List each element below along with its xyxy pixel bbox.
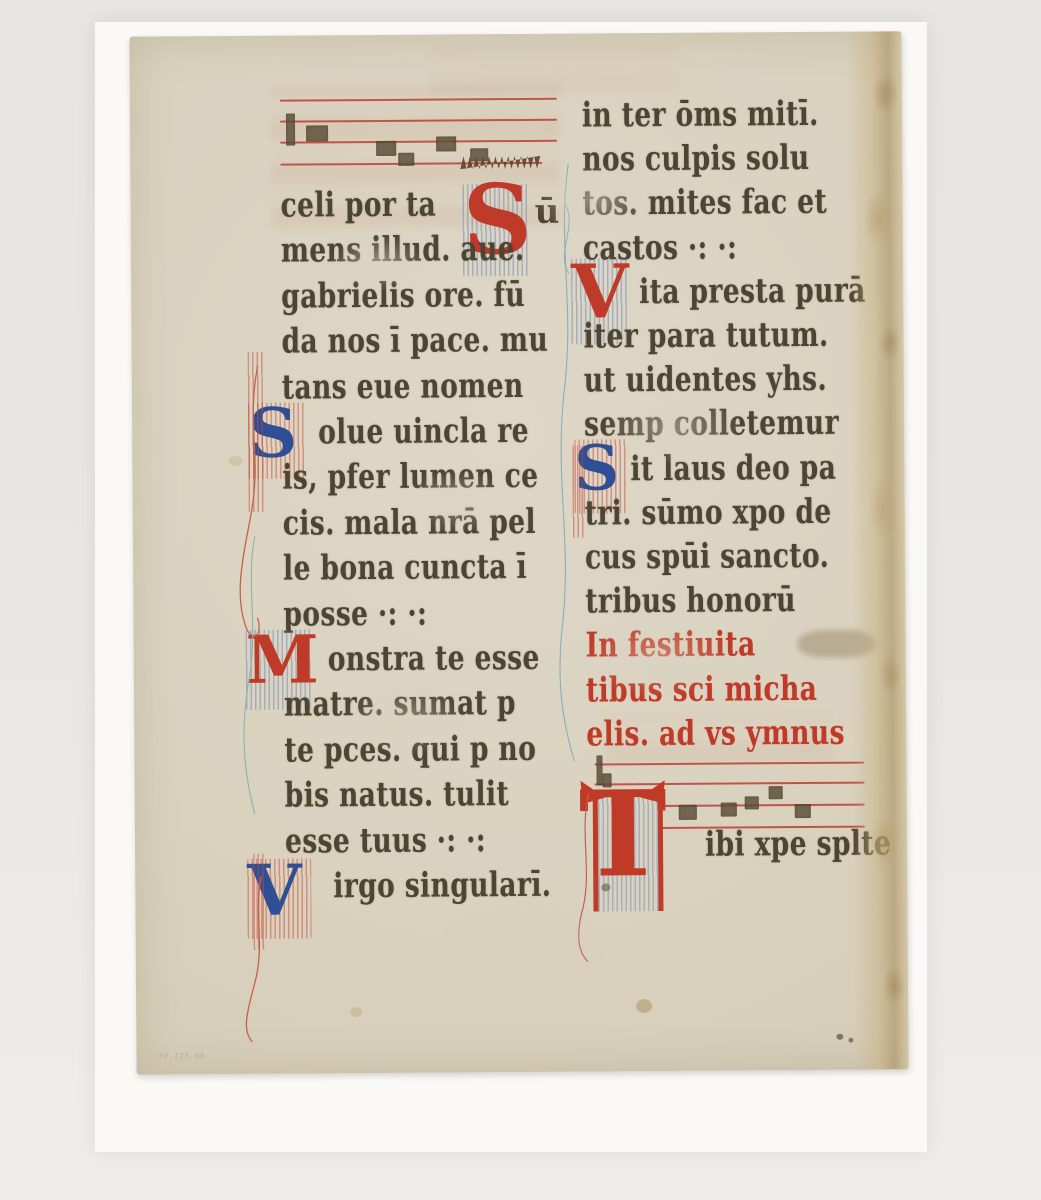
staff-line [280, 98, 557, 102]
text-line: nos culpis solu [582, 136, 860, 184]
line-text: cis. mala nrā pel [283, 500, 536, 546]
text-line: tri. sūmo xpo de [585, 489, 863, 537]
line-text: esse tuus ·: ·: [285, 818, 486, 863]
line-text: nos culpis solu [582, 136, 810, 182]
stain-spot [848, 1038, 853, 1043]
text-line: le bona cuncta ī [283, 545, 560, 593]
initial-filigree-panel: V [247, 858, 312, 938]
rubric-line: tibus sci micha [586, 666, 864, 714]
neume [470, 148, 488, 161]
text-line: is, pfer lumen ce [282, 454, 559, 502]
text-line: bis natus. tulit [285, 772, 562, 820]
manuscript-leaf: S ū celi por tamens illud. aue.gabrielis… [129, 31, 908, 1074]
line-text: tos. mites fac et [582, 180, 827, 226]
text-line: tos. mites fac et [582, 180, 860, 228]
stain-spot [601, 883, 610, 891]
line-text: tribus honorū [585, 578, 796, 623]
text-line: Virgo singularī. [285, 863, 562, 911]
line-text: onstra te esse [328, 636, 540, 681]
neume [286, 114, 295, 146]
text-line: ut uidentes yhs. [584, 357, 862, 405]
text-line: Monstra te esse [284, 636, 561, 684]
text-line: Vita presta purā [583, 268, 861, 316]
line-text: te pces. qui p no [284, 727, 536, 773]
line-text: celi por ta [280, 183, 436, 228]
line-text: tibus sci micha [586, 667, 818, 713]
text-line: da nos ī pace. mu [281, 318, 558, 366]
text-line: mens illud. aue. [281, 227, 558, 275]
text-line: te pces. qui p no [284, 727, 561, 775]
text-line: tribus honorū [585, 578, 863, 626]
staff-line [280, 119, 557, 123]
neume [306, 125, 328, 141]
illuminated-initial-M: M [246, 629, 312, 690]
neume [721, 802, 737, 816]
line-text: da nos ī pace. mu [281, 318, 548, 364]
line-text: matre. sumat p [284, 681, 516, 727]
text-line: gabrielis ore. fū [281, 273, 558, 321]
line-text: it laus deo pa [630, 445, 836, 490]
stain-spot [350, 1007, 362, 1017]
line-text: cus spūi sancto. [585, 534, 829, 580]
line-text: iter para tutum. [583, 313, 828, 359]
text-line: posse ·: ·: [283, 590, 560, 638]
line-text: ut uidentes yhs. [584, 357, 828, 403]
text-line: matre. sumat p [284, 681, 561, 729]
stain-spot [636, 999, 652, 1013]
line-text: irgo singularī. [333, 863, 551, 909]
line-text: olue uincla re [318, 409, 529, 454]
text-line: Sit laus deo pa [584, 445, 862, 493]
text-line: esse tuus ·: ·: [285, 817, 562, 865]
line-text: le bona cuncta ī [283, 545, 527, 591]
line-text: gabrielis ore. fū [281, 273, 525, 319]
line-text: tri. sūmo xpo de [585, 490, 832, 536]
photo-background: { "colors": { "mat_gray": "#e8e6e3", "ba… [0, 0, 1041, 1200]
neume [376, 141, 396, 156]
text-line: iter para tutum. [583, 313, 861, 361]
rubric-line: In festiuita [585, 622, 863, 670]
neume [398, 153, 414, 166]
illuminated-initial-S: S [574, 439, 626, 496]
accession-stamp: 32.223.66 [158, 1052, 205, 1060]
neume [769, 786, 783, 799]
line-text: ita presta purā [639, 268, 866, 314]
line-text: tans eue nomen [282, 364, 524, 410]
line-text: in ter ōms mitī. [582, 92, 819, 138]
text-line: cis. mala nrā pel [283, 500, 560, 548]
stain-spot [228, 456, 242, 466]
neume [436, 136, 456, 151]
right-text-column: T ibi xpe splte in ter ōms mitī.nos culp… [581, 32, 866, 1072]
line-text: mens illud. aue. [281, 227, 525, 273]
neume [795, 804, 811, 818]
leaf-gutter-edge [847, 31, 908, 1069]
text-line: cus spūi sancto. [585, 534, 863, 582]
line-text: In festiuita [585, 623, 755, 668]
illuminated-initial-V: V [247, 858, 311, 923]
text-line: ibi xpe splte [587, 822, 865, 870]
stain-spot [836, 1034, 843, 1040]
line-text: bis natus. tulit [285, 772, 510, 818]
rubric-line: elis. ad vs ymnus [586, 710, 864, 758]
left-text-column: S ū celi por tamens illud. aue.gabrielis… [279, 34, 563, 1074]
line-text: is, pfer lumen ce [282, 454, 538, 500]
neume [745, 796, 759, 809]
text-line: tans eue nomen [282, 363, 559, 411]
text-line: in ter ōms mitī. [582, 92, 860, 140]
line-text: elis. ad vs ymnus [586, 711, 845, 757]
text-line: celi por ta [280, 182, 557, 230]
text-line: Solue uincla re [282, 409, 559, 457]
